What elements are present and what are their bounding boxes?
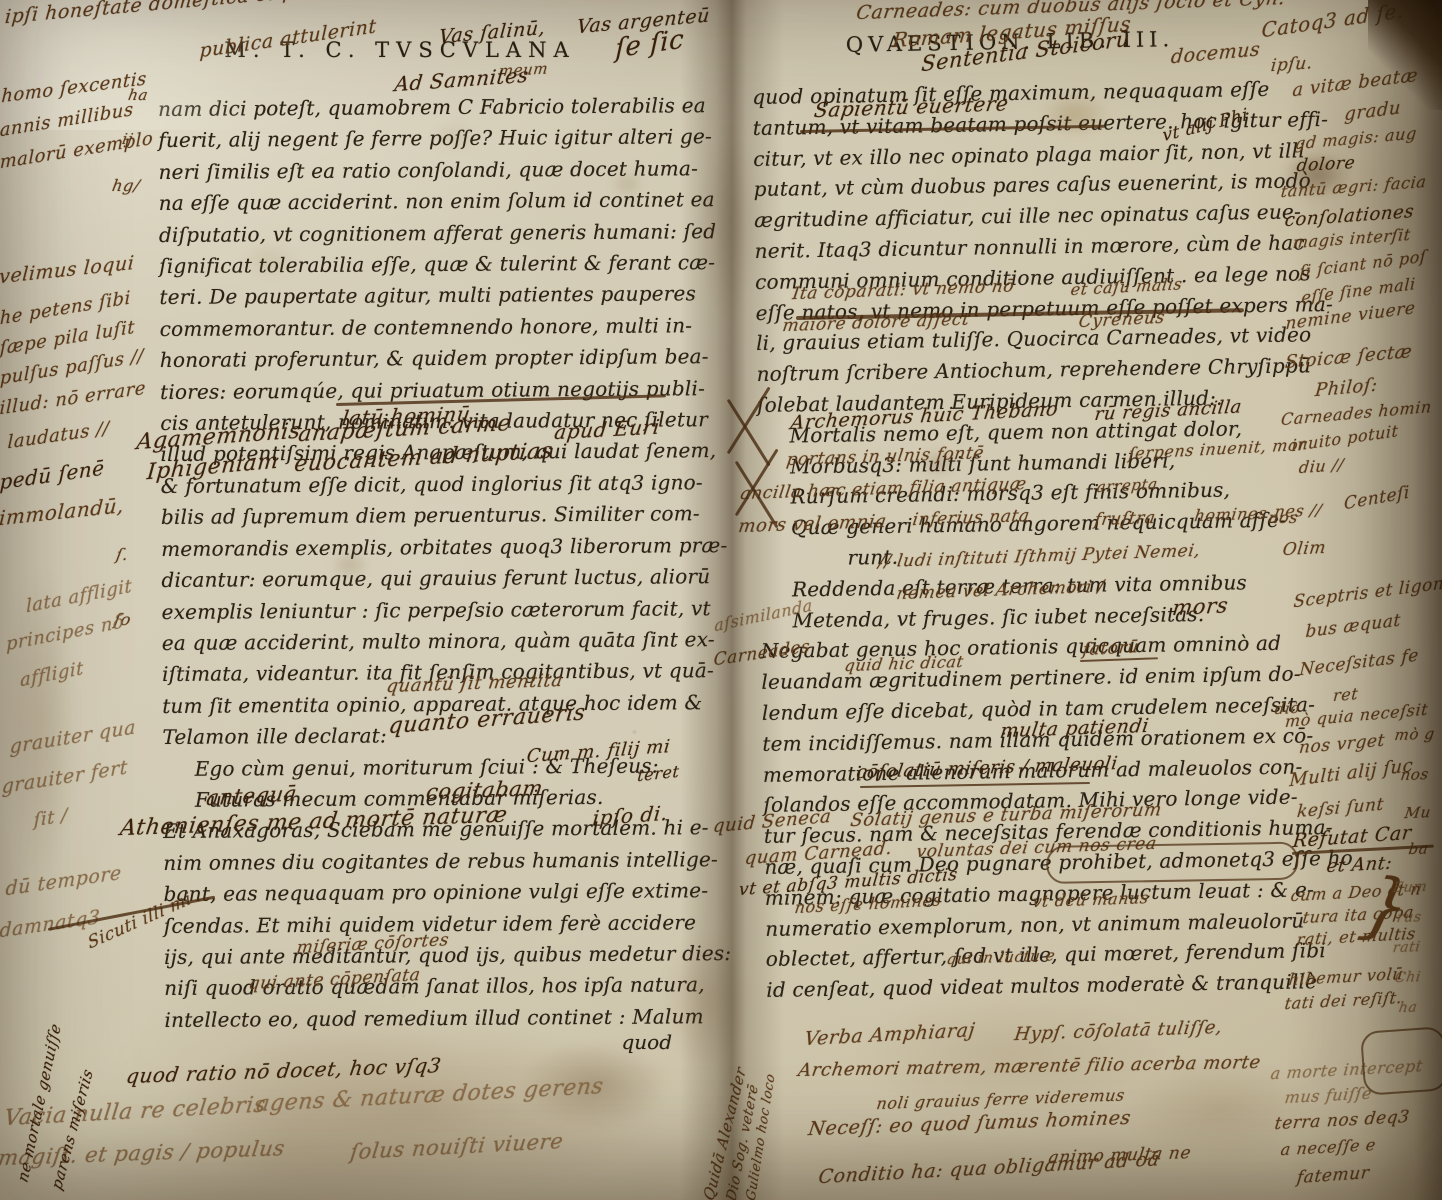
printed-line: nam dici poteſt, quamobrem C Fabricio to…	[158, 90, 706, 125]
left-catchword: quod	[560, 1030, 672, 1054]
ink-circle	[1360, 1026, 1442, 1096]
printed-line: memorandis exemplis, orbitates quoq3 lib…	[161, 530, 709, 565]
printed-line: teri. De paupertate agitur, multi patien…	[159, 279, 707, 314]
marginalia-note: rus	[1396, 909, 1423, 926]
marginalia-note: nes //	[1273, 500, 1323, 521]
printed-line: honorati proferuntur, & quidem propter i…	[160, 341, 708, 376]
printed-line: fuerit, alij negent ſe ferre poſſe? Huic…	[158, 122, 706, 157]
printed-line: diſputatio, vt cognitionem afferat gener…	[159, 216, 707, 251]
marginalia-note: nos	[1399, 765, 1430, 784]
printed-line: exemplis leniuntur : ſic perpeſsio cæter…	[162, 593, 710, 628]
marginalia-note: antequā	[205, 781, 298, 810]
marginalia-note: ha	[1398, 999, 1419, 1016]
marginalia-note: ret	[1332, 684, 1359, 705]
marginalia-note: cogitabam	[425, 776, 545, 804]
printed-line: ea quæ acciderint, multo minora, quàm qu…	[162, 624, 710, 659]
printed-line: bant, eas nequaquam pro opinione vulgi e…	[163, 875, 711, 910]
printed-line: bilis ad ſupremum diem peruenturus. Simi…	[161, 498, 709, 533]
marginalia-note: fruſtra	[1093, 508, 1157, 530]
marginalia-note: Mu	[1403, 803, 1432, 822]
marginalia-note: Olim	[1282, 538, 1328, 560]
left-text-block: nam dici poteſt, quamobrem C Fabricio to…	[158, 90, 713, 1036]
marginalia-note: dolore	[1296, 153, 1357, 176]
printed-line: niſi quod oratio quædam ſanat illos, hos…	[164, 970, 712, 1005]
printed-line: na eſſe quæ acciderint. non enim ſolum i…	[159, 184, 707, 219]
printed-line: nim omnes diu cogitantes de rebus humani…	[163, 844, 711, 879]
printed-line: commemorantur. de contemnendo honore, mu…	[160, 310, 708, 345]
printed-line: neri ſimilis eſt ea ratio conſolandi, qu…	[158, 153, 706, 188]
printed-line: dicantur: eorumque, qui grauius ferunt l…	[161, 561, 709, 596]
marginalia-note: Eum	[1392, 879, 1429, 896]
marginalia-note: ba	[1407, 839, 1429, 858]
marginalia-note: Chi	[1394, 969, 1422, 986]
marginalia-note: diu //	[1298, 455, 1345, 477]
marginalia-note: arrepta	[1096, 475, 1159, 496]
marginalia-note: ha	[127, 86, 150, 104]
marginalia-note: mò g	[1393, 725, 1436, 744]
book-spread: M. T. C. TVSCVLANA nam dici poteſt, quam…	[0, 0, 1442, 1200]
marginalia-note: ipſu.	[1270, 53, 1314, 76]
marginalia-note: inferius nata	[911, 506, 1031, 530]
marginalia-note: fatorū	[1082, 637, 1141, 660]
marginalia-note: homines	[1193, 503, 1268, 525]
marginalia-note: rati	[1392, 939, 1422, 956]
ink-circle	[1046, 842, 1299, 884]
marginalia-note: hg/	[111, 176, 142, 195]
marginalia-note: mors	[1171, 593, 1230, 620]
printed-line: ſignificat tolerabilia eſſe, quæ & tuler…	[159, 247, 707, 282]
